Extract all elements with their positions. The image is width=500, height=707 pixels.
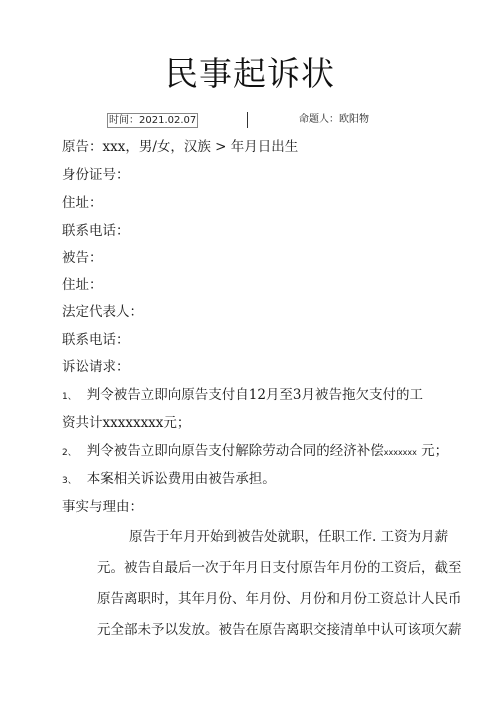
claim-item-3: 3、本案相关诉讼费用由被告承担。: [62, 470, 276, 490]
legal-rep-line: 法定代表人：: [62, 303, 143, 321]
defendant-line: 被告：: [62, 249, 103, 267]
document-title: 民事起诉状: [0, 48, 500, 95]
facts-line-3: 原告离职时，其年月份、年月份、月份和月份工资总计人民币: [97, 590, 437, 608]
claim-text: 本案相关诉讼费用由被告承担。: [87, 471, 276, 487]
plaintiff-line: 原告：xxx，男/女，汉族 > 年月日出生: [62, 138, 298, 156]
claims-heading: 诉讼请求：: [62, 358, 130, 376]
claim-text: 判令被告立即向原告支付自12月至3月被告拖欠支付的工: [87, 387, 423, 403]
claim-number: 1、: [62, 392, 77, 402]
claim-suffix: 元；: [417, 443, 448, 459]
defendant-address-line: 住址：: [62, 276, 103, 294]
claim-number: 3、: [62, 476, 77, 486]
author-label: 命题人：欧阳物: [299, 113, 369, 127]
claim-item-1: 1、判令被告立即向原告支付自12月至3月被告拖欠支付的工: [62, 386, 423, 406]
meta-row: 时间：2021.02.07 命题人：欧阳物: [0, 112, 500, 130]
claim-item-1-continuation: 资共计xxxxxxxx元；: [62, 414, 190, 432]
plaintiff-address-line: 住址：: [62, 194, 103, 212]
divider: [247, 112, 248, 128]
facts-heading: 事实与理由：: [62, 498, 143, 516]
facts-line-1: 原告于年月开始到被告处就职，任职工作. 工资为月薪: [129, 528, 469, 546]
claim-item-2: 2、判令被告立即向原告支付解除劳动合同的经济补偿xxxxxxx 元；: [62, 442, 448, 462]
id-number-line: 身份证号：: [62, 166, 130, 184]
claim-text: 判令被告立即向原告支付解除劳动合同的经济补偿: [87, 443, 384, 459]
defendant-phone-line: 联系电话：: [62, 331, 130, 349]
facts-line-4: 元全部未予以发放。被告在原告离职交接清单中认可该项欠薪: [97, 621, 437, 639]
claim-amount: xxxxxxx: [384, 448, 417, 457]
plaintiff-phone-line: 联系电话：: [62, 222, 130, 240]
facts-line-2: 元。被告自最后一次于年月日支付原告年月份的工资后，截至: [97, 559, 437, 577]
time-field[interactable]: 时间：2021.02.07: [107, 113, 198, 128]
claim-number: 2、: [62, 448, 77, 458]
